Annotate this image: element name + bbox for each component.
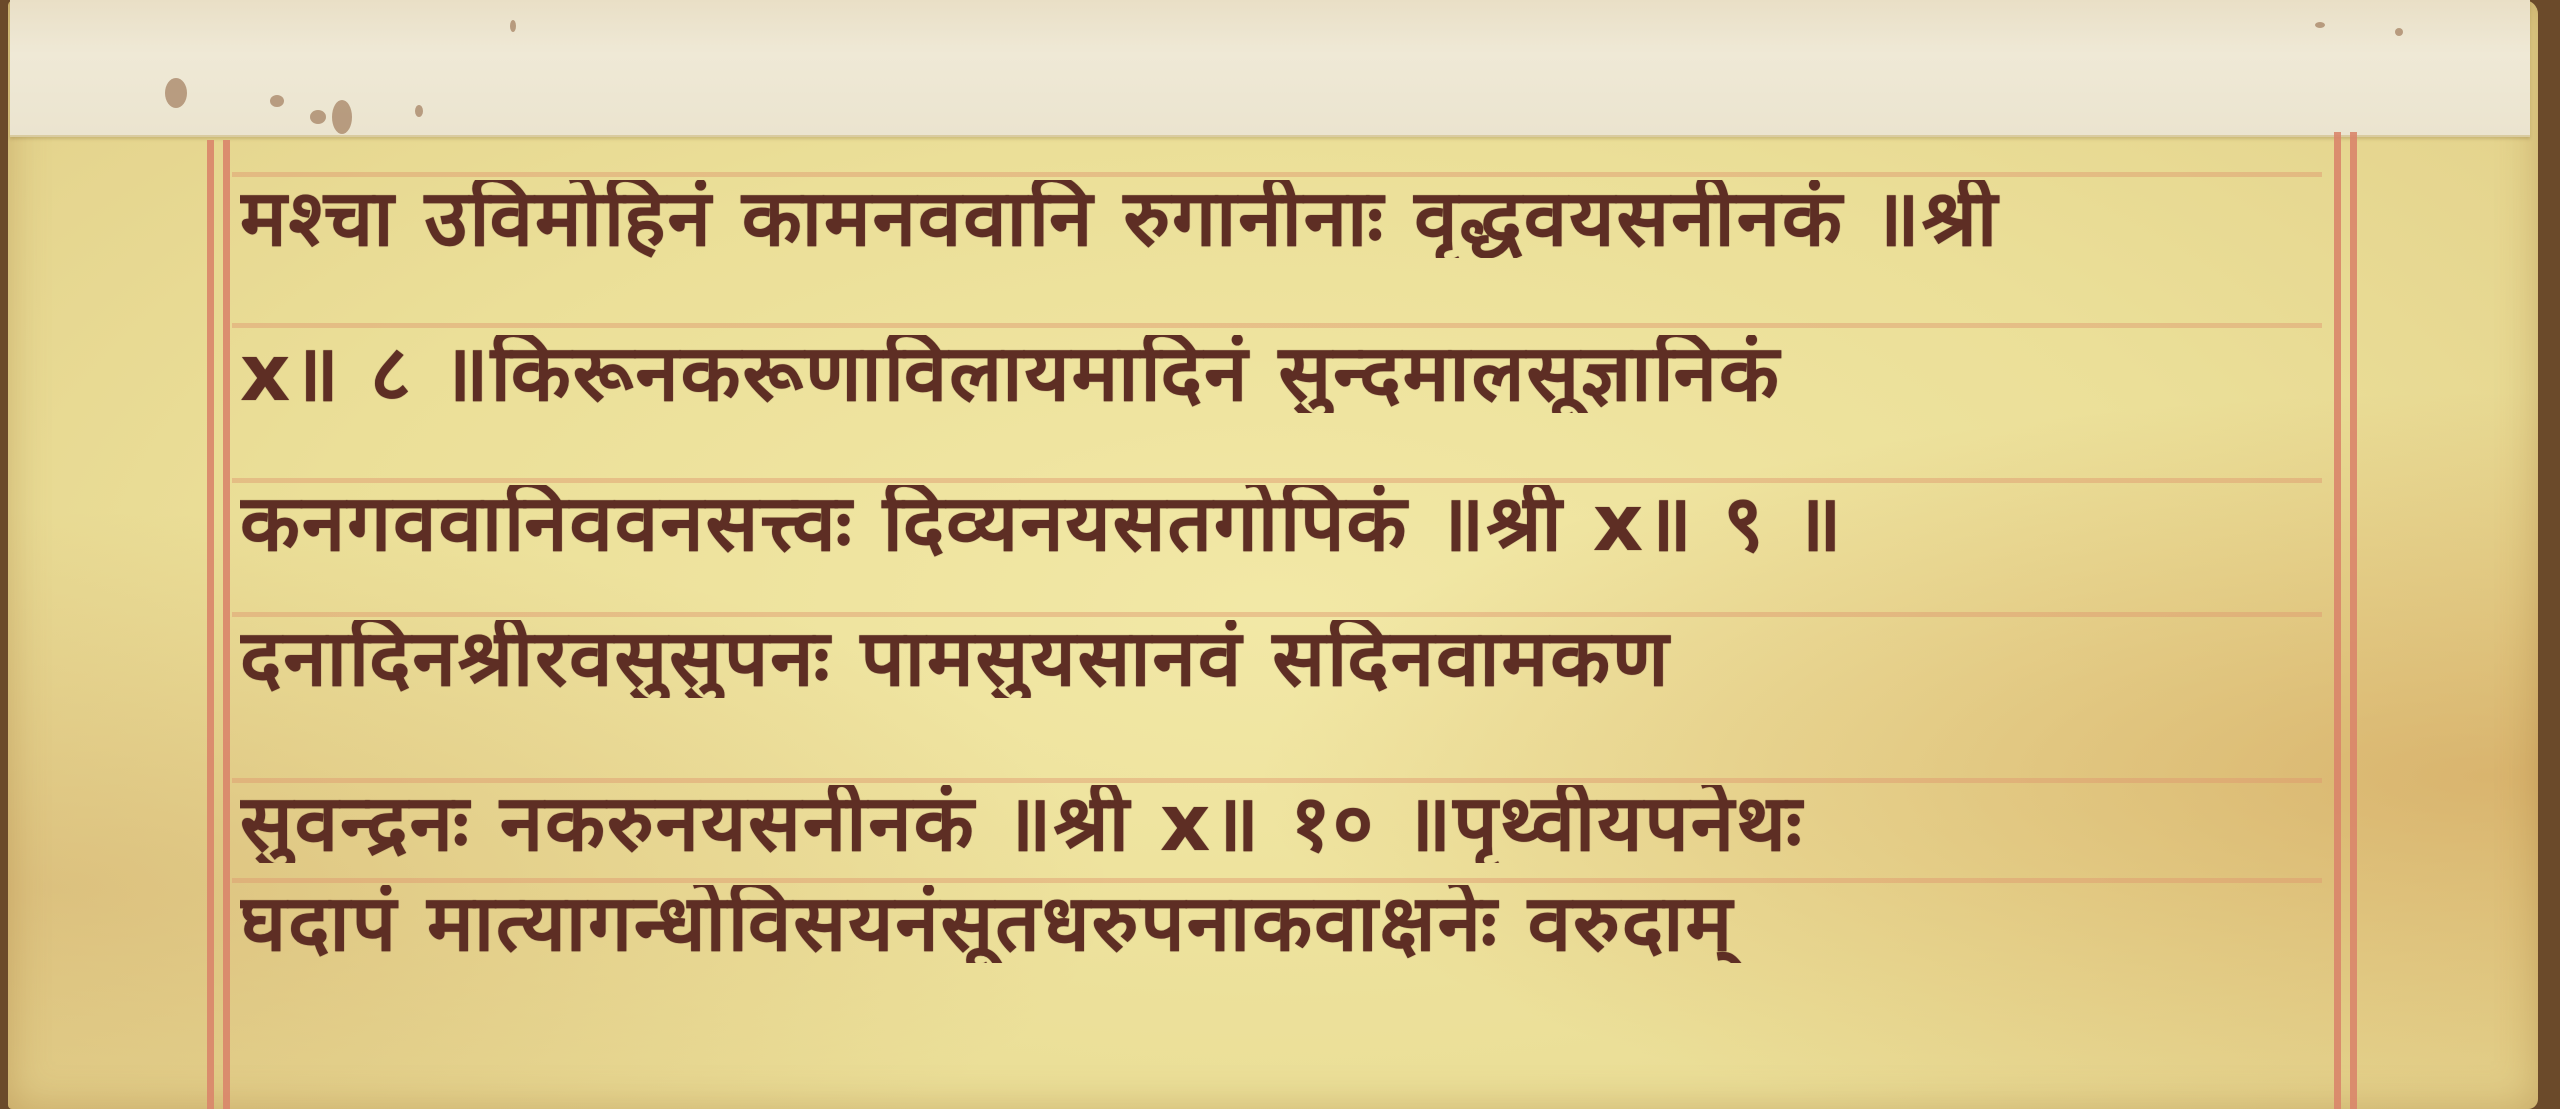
stain-spot — [510, 20, 516, 32]
left-margin-line-outer — [207, 140, 214, 1109]
ruled-line — [232, 172, 2322, 177]
manuscript-line-5: सुवन्द्रनः नकरुनयसनीनकं ॥श्री x॥ १० ॥पृथ… — [240, 785, 2330, 863]
right-margin-line-inner — [2334, 132, 2341, 1109]
ruled-line — [232, 323, 2322, 328]
ruled-line — [232, 478, 2322, 483]
manuscript-line-6: घदापं मात्यागन्धोविसयनंसूतधरुपनाकवाक्षने… — [240, 885, 2330, 963]
ruled-line — [232, 878, 2322, 883]
left-margin-line-inner — [223, 140, 230, 1109]
stain-spot — [310, 110, 326, 124]
manuscript-line-1: मश्चा उविमोहिनं कामनववानि रुगानीनाः वृद्… — [240, 180, 2330, 258]
manuscript-line-3: कनगववानिववनसत्त्वः दिव्यनयसतगोपिकं ॥श्री… — [240, 485, 2330, 563]
ruled-line — [232, 612, 2322, 617]
stain-spot — [270, 95, 284, 107]
stain-spot — [332, 100, 352, 134]
stain-spot — [415, 105, 423, 117]
right-margin-line-outer — [2350, 132, 2357, 1109]
stain-spot — [2315, 22, 2325, 28]
top-paper-strip — [10, 0, 2530, 137]
manuscript-line-2: x॥ ८ ॥किरूनकरूणाविलायमादिनं सुन्दमालसूज्… — [240, 335, 2330, 413]
manuscript-line-4: दनादिनश्रीरवसुसुपनः पामसुयसानवं सदिनवामक… — [240, 620, 2330, 698]
ruled-line — [232, 778, 2322, 783]
stain-spot — [2395, 28, 2403, 36]
stain-spot — [165, 78, 187, 108]
